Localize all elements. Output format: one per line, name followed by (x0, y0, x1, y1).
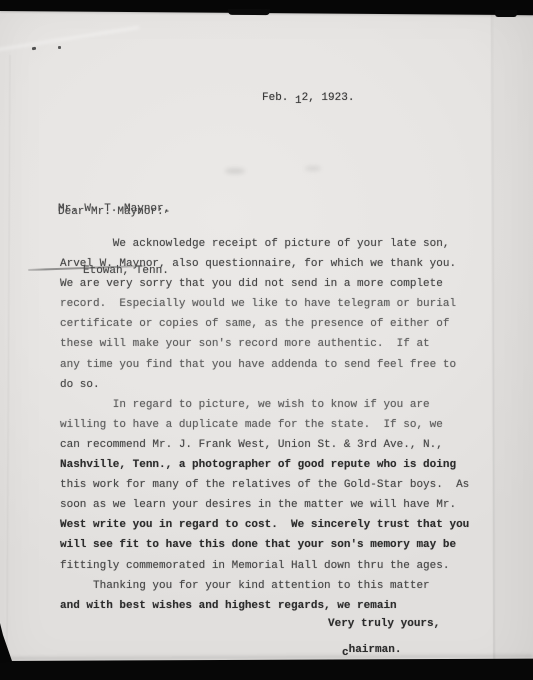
letter-line: do so. (60, 375, 469, 395)
letter-line: Arvel W. Maynor, also questionnaire, for… (60, 254, 469, 274)
scanned-letter: Feb. 12, 1923. Mr. W. T. Maynor, Etowah,… (0, 0, 533, 680)
letter-line: We acknowledge receipt of picture of you… (60, 234, 469, 254)
date-part: Feb. (262, 92, 295, 104)
scan-border-notch (495, 10, 517, 17)
letter-line: Thanking you for your kind attention to … (60, 576, 469, 596)
closing: Very truly yours, (328, 618, 440, 630)
letter-line: can recommend Mr. J. Frank West, Union S… (60, 435, 469, 455)
letter-line: We are very sorry that you did not send … (60, 274, 469, 294)
letter-line: soon as we learn your desires in the mat… (60, 495, 469, 515)
letter-line: certificate or copies of same, as the pr… (60, 314, 469, 334)
letter-line: In regard to picture, we wish to know if… (60, 395, 469, 415)
letter-line: any time you find that you have addenda … (60, 355, 469, 375)
scan-border-notch (228, 9, 270, 15)
letter-line: these will make your son's record more a… (60, 334, 469, 354)
letter-line: willing to have a duplicate made for the… (60, 415, 469, 435)
letter-body: We acknowledge receipt of picture of you… (60, 234, 469, 616)
paper-smudge (225, 168, 245, 174)
letter-line: this work for many of the relatives of t… (60, 475, 469, 495)
letter-line: West write you in regard to cost. We sin… (60, 515, 469, 535)
letter-line: will see fit to have this done that your… (60, 535, 469, 555)
paper-shading (493, 0, 533, 680)
scan-speck (58, 46, 61, 49)
letter-line: fittingly commemorated in Memorial Hall … (60, 556, 469, 576)
letter-line: and with best wishes and highest regards… (60, 596, 469, 616)
paper-smudge (305, 166, 321, 171)
salutation: Dear Mr. Maynor:- (58, 206, 170, 218)
scan-border-bottom (0, 659, 533, 680)
date-part-dropped-char: 1 (295, 95, 302, 107)
letter-line: Nashville, Tenn., a photographer of good… (60, 455, 469, 475)
letter-date: Feb. 12, 1923. (262, 92, 354, 104)
date-part: 2, 1923. (302, 92, 355, 104)
letter-line: record. Especially would we like to have… (60, 294, 469, 314)
